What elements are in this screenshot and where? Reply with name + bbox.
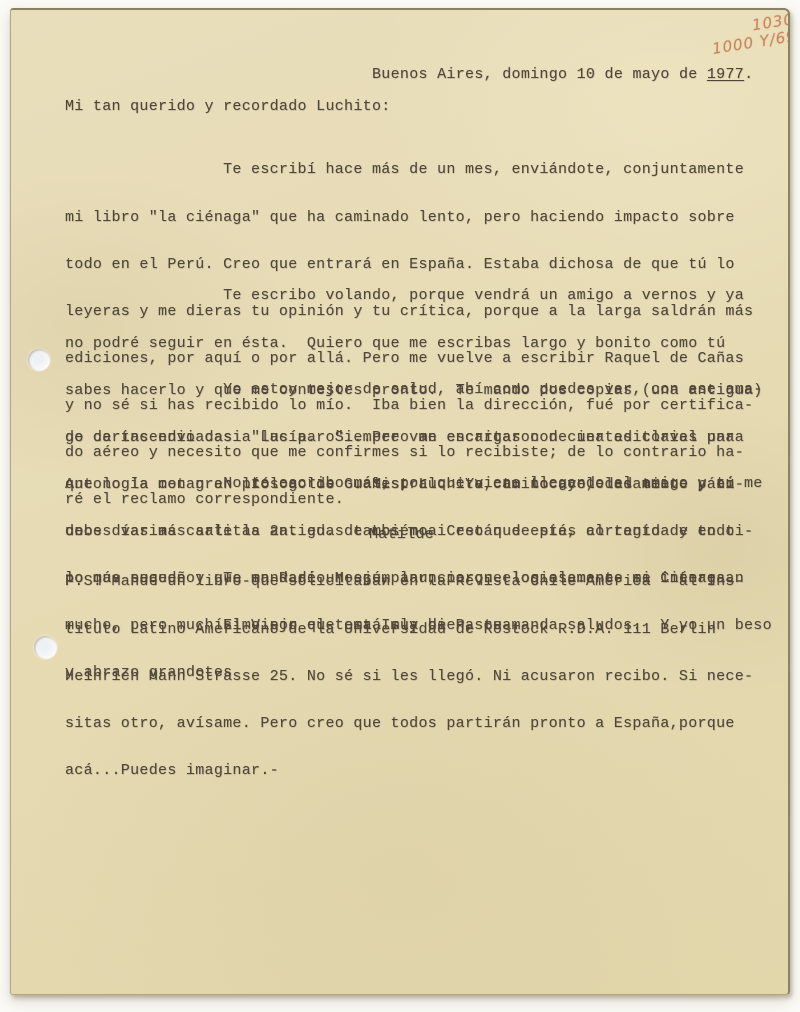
signature: Matilde	[369, 527, 434, 543]
letter-line: Yo estoy mejor de salud, ahí como puedes…	[65, 382, 763, 398]
dateline-text: Buenos Aires, domingo 10 de mayo de	[372, 66, 707, 83]
letter-line: no podré seguir en ésta. Quiero que me e…	[65, 336, 763, 352]
letter-line: No te escribo más, por que viene llegand…	[65, 476, 772, 492]
dateline: Buenos Aires, domingo 10 de mayo de 1977…	[372, 67, 753, 83]
salutation: Mi tan querido y recordado Luchito:	[65, 99, 391, 115]
dateline-period: .	[744, 66, 753, 83]
letter-line: Heinrich Mann Strasse 25. No sé si les l…	[65, 669, 753, 685]
letter-line: Te escribo volando, porque vendrá un ami…	[65, 288, 763, 304]
postscript: P.S. Mandé un libro-que solicitaban en l…	[65, 543, 753, 810]
letter-line: P.S. Mandé un libro-que solicitaban en l…	[65, 574, 753, 590]
hole-punch-bottom	[34, 636, 57, 659]
letter-line: mi libro "la ciénaga" que ha caminado le…	[65, 210, 753, 226]
handwritten-annotation: 1030 1000 Y/69	[676, 11, 790, 63]
letter-line: sitas otro, avísame. Pero creo que todos…	[65, 716, 753, 732]
letter-line: go de incendio casi "las paro"...Pero me…	[65, 430, 763, 446]
letter-line: acá...Puedes imaginar.-	[65, 763, 753, 779]
dateline-year: 1977	[707, 66, 744, 83]
hole-punch-top	[28, 349, 50, 371]
letter-line: Te escribí hace más de un mes, enviándot…	[65, 162, 753, 178]
letter-line: tituto Latino Americano de la Universida…	[65, 622, 753, 638]
letter-page: 1030 1000 Y/69 Buenos Aires, domingo 10 …	[10, 8, 790, 995]
